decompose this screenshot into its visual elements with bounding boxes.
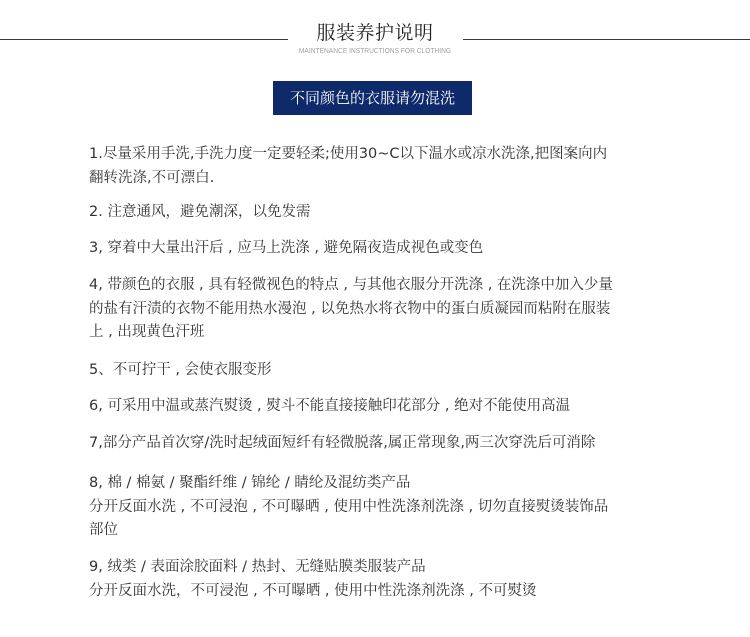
warning-banner: 不同颜色的衣服请勿混洗	[273, 81, 472, 115]
instruction-line: 翻转洗涤,不可漂白.	[89, 167, 679, 191]
instruction-line: 分开反面水洗，不可浸泡 , 不可曝晒 , 使用中性洗涤剂洗涤 , 不可熨烫	[89, 580, 679, 604]
instruction-line: 分开反面水洗 , 不可浸泡 , 不可曝晒 , 使用中性洗涤剂洗涤 , 切勿直接熨…	[89, 496, 679, 520]
instruction-line: 上 , 出现黄色汗班	[89, 321, 679, 345]
page-subtitle: MAINTENANCE INSTRUCTIONS FOR CLOTHING	[19, 47, 732, 57]
instruction-item-7: 7,部分产品首次穿/洗时起绒面短纤有轻微脱落,属正常现象,两三次穿洗后可消除	[89, 432, 679, 456]
instruction-line: 5、不可拧干 , 会使衣服变形	[89, 359, 679, 383]
instruction-item-3: 3, 穿着中大量出汗后 , 应马上洗涤 , 避免隔夜造成视色或变色	[89, 237, 679, 261]
instruction-item-5: 5、不可拧干 , 会使衣服变形	[89, 359, 679, 383]
instruction-item-9: 9, 绒类 / 表面涂胶面料 / 热封、无缝贴膜类服装产品 分开反面水洗，不可浸…	[89, 556, 679, 603]
instruction-line: 8, 棉 / 棉氨 / 聚酯纤维 / 锦纶 / 睛纶及混纺类产品	[89, 472, 679, 496]
instruction-item-4: 4, 带颜色的衣服 , 具有轻微视色的特点 , 与其他衣服分开洗涤 , 在洗涤中…	[89, 274, 679, 345]
instruction-line: 1.尽量采用手洗,手洗力度一定要轻柔;使用30~C以下温水或凉水洗涤,把图案向内	[89, 143, 679, 167]
page-title: 服装养护说明	[0, 21, 750, 45]
instruction-item-2: 2. 注意通风，避免潮深，以免发需	[89, 201, 679, 225]
instruction-line: 6, 可采用中温或蒸汽熨烫 , 熨斗不能直接接触印花部分 , 绝对不能使用高温	[89, 395, 679, 419]
instruction-line: 7,部分产品首次穿/洗时起绒面短纤有轻微脱落,属正常现象,两三次穿洗后可消除	[89, 432, 679, 456]
instruction-line: 3, 穿着中大量出汗后 , 应马上洗涤 , 避免隔夜造成视色或变色	[89, 237, 679, 261]
instruction-line: 2. 注意通风，避免潮深，以免发需	[89, 201, 679, 225]
instruction-item-1: 1.尽量采用手洗,手洗力度一定要轻柔;使用30~C以下温水或凉水洗涤,把图案向内…	[89, 143, 679, 190]
instruction-line: 9, 绒类 / 表面涂胶面料 / 热封、无缝贴膜类服装产品	[89, 556, 679, 580]
instruction-line: 4, 带颜色的衣服 , 具有轻微视色的特点 , 与其他衣服分开洗涤 , 在洗涤中…	[89, 274, 679, 298]
instruction-line: 部位	[89, 519, 679, 543]
instruction-line: 的盐有汗渍的衣物不能用热水漫泡 , 以免热水将衣物中的蛋白质凝园而粘附在服装	[89, 298, 679, 322]
instruction-item-8: 8, 棉 / 棉氨 / 聚酯纤维 / 锦纶 / 睛纶及混纺类产品 分开反面水洗 …	[89, 472, 679, 543]
instruction-item-6: 6, 可采用中温或蒸汽熨烫 , 熨斗不能直接接触印花部分 , 绝对不能使用高温	[89, 395, 679, 419]
